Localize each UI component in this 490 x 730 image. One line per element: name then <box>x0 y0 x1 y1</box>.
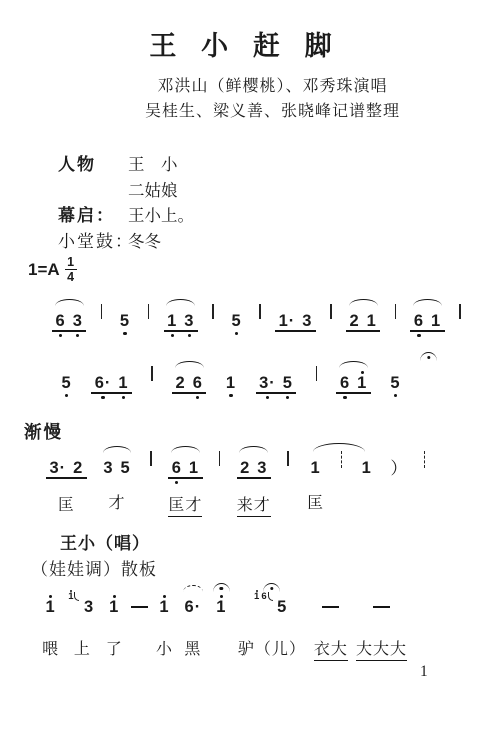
held-dash: 衣大 <box>314 581 348 661</box>
time-signature-numerator: 1 <box>65 256 77 270</box>
fermata-icon <box>213 583 230 593</box>
note: 5 <box>116 307 133 337</box>
barline <box>147 442 155 514</box>
lyric-syllable: 黑 <box>184 636 201 660</box>
note: 5 <box>117 454 134 484</box>
note-group: 1·3 <box>275 295 316 339</box>
lyric-slot: 小 <box>156 636 173 660</box>
note-digit: 6 <box>168 460 185 479</box>
slur-arc <box>339 361 368 368</box>
note-group: 13上 <box>67 581 97 660</box>
barline-stroke <box>424 451 425 468</box>
barline <box>337 442 345 514</box>
note-digit: 1 <box>363 313 380 332</box>
barline <box>97 295 105 337</box>
note-digit: 3 <box>100 460 117 477</box>
octave-dot-below <box>279 394 296 401</box>
barline-stroke <box>287 451 289 466</box>
vocal-line: 1喂13上1了1小6·黑1165驴（儿）衣大大大大 <box>42 581 407 661</box>
barline-stroke <box>101 304 103 319</box>
tie-group: 1匡1 <box>305 442 377 514</box>
note: 1 <box>164 307 181 339</box>
note-group: 1匡 <box>307 442 324 514</box>
barline <box>456 295 464 337</box>
note-digit: 3 <box>69 313 86 332</box>
note-group: 23来才 <box>237 442 271 517</box>
fermata-icon <box>263 583 280 593</box>
barline <box>148 357 156 399</box>
lyric-slot: 大大大 <box>356 636 407 661</box>
note: 6 <box>52 307 69 339</box>
note-digit: 2 <box>172 375 189 394</box>
octave-dot-below <box>181 332 198 339</box>
note: 1 <box>213 593 230 623</box>
slur-arc <box>183 585 203 592</box>
note-group: 1了 <box>106 581 123 660</box>
time-signature-denominator: 4 <box>67 270 74 283</box>
lyric-slot: 喂 <box>42 636 59 660</box>
barline-stroke <box>459 304 461 319</box>
note: 1 <box>358 454 375 484</box>
note-digit: 3· <box>46 460 70 479</box>
note: 5 <box>274 593 291 623</box>
octave-dot-below <box>164 332 181 339</box>
barline-stroke <box>148 304 150 319</box>
note: 6 <box>336 369 353 401</box>
note-digit: 1 <box>185 460 202 479</box>
note-group: 35才 <box>100 442 134 514</box>
note-digit: 3 <box>299 313 316 332</box>
note: 6· <box>181 593 205 623</box>
fermata-icon <box>420 352 437 362</box>
note: 3· <box>46 454 70 486</box>
paren-mark: ） <box>390 442 407 514</box>
note: 1 <box>428 307 445 339</box>
note-digit: 1 <box>428 313 445 332</box>
duration-dash <box>373 606 390 608</box>
key-tonic: 1=A <box>28 260 60 280</box>
lyric-syllable: 匡才 <box>168 492 202 517</box>
note-group: 3·5 <box>256 357 297 401</box>
octave-dot-below <box>91 394 115 401</box>
note: 1 <box>222 369 239 399</box>
instrumental-line-1: 6351351·32161 <box>52 295 464 339</box>
drum-row: 小堂鼓：冬冬 <box>58 229 194 255</box>
note: 1 <box>354 369 371 401</box>
note: 6 <box>410 307 427 339</box>
octave-dot-below <box>387 392 404 399</box>
note-group: 165驴（儿） <box>238 581 306 660</box>
note-group: 61 <box>410 295 444 339</box>
lyric-slot: 匡 <box>58 492 75 516</box>
note: 1· <box>275 307 299 339</box>
slur-arc <box>349 299 378 306</box>
octave-dot-below <box>256 394 280 401</box>
slur-arc <box>239 446 268 453</box>
lyric-syllable: 喂 <box>42 636 59 660</box>
octave-dot-below <box>410 332 427 339</box>
note: 1 <box>185 454 202 486</box>
note: 1 <box>156 593 173 623</box>
note-digit: 1 <box>106 599 123 616</box>
lyric-syllable: 大大大 <box>356 636 407 661</box>
barline-stroke <box>151 366 153 381</box>
note: 3 <box>181 307 198 339</box>
barline-stroke <box>212 304 214 319</box>
barline-stroke <box>341 451 342 468</box>
barline-stroke <box>395 304 397 319</box>
note-digit: 5 <box>58 375 75 392</box>
barline <box>391 295 399 337</box>
note-group: 21 <box>346 295 380 339</box>
barline <box>145 295 153 337</box>
slur-arc <box>175 361 204 368</box>
note-digit: 3· <box>256 375 280 394</box>
note-digit: 6 <box>260 592 267 601</box>
grace-hook <box>268 592 273 601</box>
note-group: 61 <box>336 357 370 401</box>
barline-stroke <box>316 366 318 381</box>
octave-dot-below <box>116 330 133 337</box>
octave-dot-below <box>115 394 132 401</box>
lyric-syllable: 了 <box>106 636 123 660</box>
lyric-syllable: 上 <box>74 636 91 660</box>
held-dash <box>131 581 148 660</box>
note-group: 6·黑 <box>181 581 205 660</box>
octave-dot-below <box>168 479 185 486</box>
lyric-syllable: 来才 <box>237 492 271 517</box>
note-digit: 1 <box>164 313 181 332</box>
barline <box>284 442 292 514</box>
lyric-slot: 驴（儿） <box>238 636 306 660</box>
barline-stroke <box>259 304 261 319</box>
lyric-syllable: 匡 <box>58 492 75 516</box>
note-group: 5 <box>228 295 245 337</box>
drum-label: 小堂鼓： <box>58 229 128 255</box>
note-digit: 1· <box>275 313 299 332</box>
slur-arc <box>171 446 200 453</box>
note-digit: 5 <box>228 313 245 330</box>
note-digit: 1 <box>115 375 132 394</box>
octave-dot-below <box>222 392 239 399</box>
curtain-row: 幕启：王小上。 <box>58 203 194 229</box>
cast-row-1: 人物王 小 <box>58 152 194 178</box>
barline-stroke <box>150 451 152 466</box>
instrumental-line-2: 56·12613·5615 <box>58 357 437 401</box>
score-page: 王 小 赶 脚 邓洪山（鲜樱桃）、邓秀珠演唱 吴桂生、梁义善、张晓峰记谱整理 人… <box>0 0 490 730</box>
note: 3 <box>69 307 86 339</box>
closing-paren: ） <box>390 460 407 477</box>
note: 1 <box>106 593 123 623</box>
note: 6· <box>91 369 115 401</box>
percussion-line: 3·2匡35才61匡才23来才1匡1） <box>46 442 428 517</box>
lyric-syllable: 匡 <box>307 490 324 514</box>
note: 2 <box>70 454 87 486</box>
time-signature: 1 4 <box>65 256 77 283</box>
cast-name-2: 二姑娘 <box>128 181 178 200</box>
lyric-syllable: 衣大 <box>314 636 348 661</box>
note-group: 1 <box>222 357 239 399</box>
note-group: 1 <box>358 442 375 514</box>
note-group: 13 <box>164 295 198 339</box>
score-title: 王 小 赶 脚 <box>0 24 490 63</box>
note-digit: 2 <box>346 313 363 332</box>
cast-name-1: 王 小 <box>128 155 178 174</box>
note-digit: 5 <box>387 375 404 392</box>
grace-note: 1 <box>67 588 74 605</box>
slur-arc <box>166 299 195 306</box>
cast-block: 人物王 小 二姑娘 幕启：王小上。 小堂鼓：冬冬 <box>58 152 194 254</box>
note: 1 <box>115 369 132 401</box>
octave-dot-below <box>336 394 353 401</box>
fermata-mark <box>420 350 437 392</box>
note: 3· <box>256 369 280 401</box>
octave-dot-below <box>52 332 69 339</box>
note-digit: 5 <box>274 599 291 616</box>
grace-notes: 1 <box>67 588 79 605</box>
note-group: 5 <box>387 357 404 399</box>
tempo-mark: 渐慢 <box>24 419 63 444</box>
note: 1 <box>307 454 324 484</box>
note-digit: 2 <box>70 460 87 479</box>
tune-label: （娃娃调）散板 <box>31 555 157 580</box>
curtain-label: 幕启： <box>58 203 128 229</box>
note: 5 <box>58 369 75 399</box>
singer-label: 王小（唱） <box>60 529 150 554</box>
slur-arc <box>55 299 84 306</box>
note-digit: 3 <box>80 599 97 616</box>
transcribers-credit: 吴桂生、梁义善、张晓峰记谱整理 <box>60 98 485 121</box>
note-digit: 1 <box>222 375 239 392</box>
note: 2 <box>346 307 363 339</box>
note: 2 <box>237 454 254 486</box>
note-group: 5 <box>58 357 75 399</box>
barline <box>312 357 320 399</box>
duration-dash <box>322 606 339 608</box>
note-digit: 6 <box>410 313 427 332</box>
note: 3 <box>100 454 117 484</box>
note: 1 <box>363 307 380 339</box>
note-digit: 1 <box>213 599 230 616</box>
note: 5 <box>279 369 296 401</box>
note-group: 63 <box>52 295 86 339</box>
grace-hook <box>74 592 79 601</box>
duration-dash <box>131 606 148 608</box>
cast-row-2: 二姑娘 <box>58 178 194 204</box>
note-digit: 5 <box>279 375 296 394</box>
note-digit: 1 <box>42 599 59 616</box>
key-signature: 1=A 1 4 <box>28 256 77 283</box>
note: 3 <box>299 307 316 339</box>
barline <box>327 295 335 337</box>
performers-credit: 邓洪山（鲜樱桃）、邓秀珠演唱 <box>60 73 485 96</box>
barline <box>256 295 264 337</box>
note: 5 <box>387 369 404 399</box>
note: 6 <box>189 369 206 401</box>
lyric-slot: 黑 <box>184 636 201 660</box>
lyric-slot: 了 <box>106 636 123 660</box>
lyric-syllable: 小 <box>156 636 173 660</box>
page-number: 1 <box>420 663 428 681</box>
held-dash: 大大大 <box>356 581 407 661</box>
barline-stroke <box>330 304 332 319</box>
lyric-syllable: 才 <box>109 490 126 514</box>
note-group: 26 <box>172 357 206 401</box>
note-digit: 6 <box>52 313 69 332</box>
barline <box>420 442 428 514</box>
note: 3 <box>80 593 97 623</box>
note: 3 <box>254 454 271 486</box>
lyric-slot: 匡才 <box>168 492 202 517</box>
note-digit: 6· <box>91 375 115 394</box>
note-group: 1喂 <box>42 581 59 660</box>
note: 6 <box>168 454 185 486</box>
barline <box>209 295 217 337</box>
note-digit: 6 <box>189 375 206 394</box>
note-digit: 1 <box>354 375 371 394</box>
lyric-slot: 才 <box>109 490 126 514</box>
note: 5 <box>228 307 245 337</box>
note-group: 1小 <box>156 581 173 660</box>
drum-sound: 冬冬 <box>128 232 161 251</box>
note-group: 61匡才 <box>168 442 202 517</box>
slur-arc <box>103 446 132 453</box>
note-digit: 1 <box>253 592 260 601</box>
note-digit: 5 <box>117 460 134 477</box>
lyric-slot: 来才 <box>237 492 271 517</box>
note: 1 <box>42 593 59 623</box>
lyric-slot: 衣大 <box>314 636 348 661</box>
note-digit: 3 <box>181 313 198 332</box>
octave-dot-below <box>58 392 75 399</box>
lyric-slot: 上 <box>74 636 91 660</box>
lyric-slot: 匡 <box>307 490 324 514</box>
note-digit: 1 <box>358 460 375 477</box>
note: 2 <box>172 369 189 401</box>
note-digit: 2 <box>237 460 254 479</box>
note-digit: 1 <box>67 592 74 601</box>
curtain-direction: 王小上。 <box>128 206 194 225</box>
note-digit: 1 <box>156 599 173 616</box>
note-digit: 6· <box>181 599 205 616</box>
note-group: 3·2匡 <box>46 442 87 516</box>
octave-dot-below <box>69 332 86 339</box>
note-digit: 5 <box>116 313 133 330</box>
octave-dot-below <box>189 394 206 401</box>
cast-label: 人物 <box>58 152 128 178</box>
barline-stroke <box>219 451 221 466</box>
octave-dot-below <box>228 330 245 337</box>
note-group: 5 <box>116 295 133 337</box>
slur-arc <box>413 299 442 306</box>
note-digit: 3 <box>254 460 271 479</box>
note-digit: 6 <box>336 375 353 394</box>
note-group: 1 <box>213 581 230 660</box>
grace-note: 1 <box>253 588 260 605</box>
note-digit: 1 <box>307 460 324 477</box>
barline <box>216 442 224 514</box>
note-group: 6·1 <box>91 357 132 401</box>
lyric-syllable: 驴（儿） <box>238 636 306 660</box>
